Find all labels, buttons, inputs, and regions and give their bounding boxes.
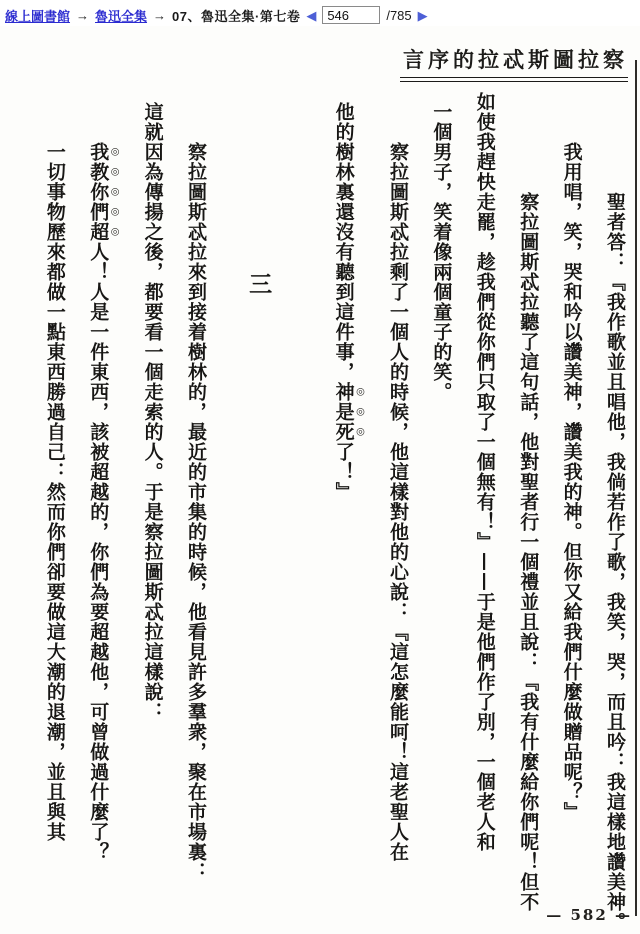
text-column: 如使我趕快走罷，趁我們從你們只取了一個無有！』——于是他們作了別，一個老人和 <box>473 92 495 934</box>
text-column: 察拉圖斯忒拉剩了一個人的時候，他這樣對他的心說：『這怎麼能呵！這老聖人在 <box>387 92 409 934</box>
page-number: — 582 — <box>546 906 632 924</box>
text-run: 他的樹林裏還沒有聽到這件事， <box>333 102 355 382</box>
text-column: 我教你們超人！人是一件東西，該被超越的，你們為要超越他，可曾做過什麼了？ <box>87 92 120 934</box>
text-run: 三 <box>245 272 272 296</box>
text-run: 我用唱，笑，哭和吟以讚美神，讚美我的神。但你又給我們什麼做贈品呢？』 <box>561 142 583 822</box>
text-column: 他的樹林裏還沒有聽到這件事，神是死了！』 <box>332 92 365 934</box>
page-frame-rule <box>635 60 637 916</box>
proper-name: 察拉圖斯忒拉 <box>387 142 409 262</box>
running-head: 言序的拉忒斯圖拉察 <box>400 44 628 78</box>
text-run: 剩了一個人的時候，他這樣對他的心說：『這怎麼能呵！這老聖人在 <box>387 262 409 862</box>
emphasized-text: 神是死 <box>333 382 355 442</box>
text-run: 這樣說： <box>142 642 164 722</box>
breadcrumb-link-collection[interactable]: 魯迅全集 <box>95 6 147 25</box>
section-heading: 三 <box>245 92 272 934</box>
breadcrumb-link-library[interactable]: 線上圖書館 <box>5 6 70 25</box>
text-run: 一個男子，笑着像兩個童子的笑。 <box>430 102 452 402</box>
emphasized-text: 我教你們超 <box>87 142 109 242</box>
text-run: 聖者答：『我作歌並且唱他，我倘若作了歌，我笑，哭，而且吟：我這樣地讚美神。 <box>604 192 626 932</box>
proper-name: 察拉圖斯忒拉 <box>517 192 539 312</box>
page-number-input[interactable] <box>322 6 380 24</box>
text-column: 察拉圖斯忒拉來到接着樹林的，最近的市集的時候，他看見許多羣衆，聚在市場裏： <box>185 92 207 934</box>
text-run: 來到接着樹林的，最近的市集的時候，他看見許多羣衆，聚在市場裏： <box>185 262 207 882</box>
text-run: 如使我趕快走罷，趁我們從你們只取了一個無有！』——于是他們作了別，一個老人和 <box>474 92 496 852</box>
text-run: 聽了這句話，他對聖者行一個禮並且說：『我有什麼給你們呢！但不 <box>517 312 539 912</box>
proper-name: 察拉圖斯忒拉 <box>185 142 207 262</box>
scanned-page: 言序的拉忒斯圖拉察 聖者答：『我作歌並且唱他，我倘若作了歌，我笑，哭，而且吟：我… <box>0 26 640 934</box>
text-run: 一切事物歷來都做一點東西勝過自己：然而你們卻要做這大潮的退潮，並且與其 <box>44 142 66 842</box>
breadcrumb-arrow-icon: → <box>76 8 89 23</box>
text-run: 這就因為傳揚之後，都要看一個走索的人。于是 <box>142 102 164 522</box>
prev-page-icon[interactable]: ◀ <box>306 9 316 22</box>
text-column: 察拉圖斯忒拉聽了這句話，他對聖者行一個禮並且說：『我有什麼給你們呢！但不 <box>517 92 539 934</box>
text-column: 這就因為傳揚之後，都要看一個走索的人。于是察拉圖斯忒拉這樣說： <box>141 92 163 934</box>
text-column: 一個男子，笑着像兩個童子的笑。 <box>430 92 452 934</box>
breadcrumb-volume-label: 07、魯迅全集·第七卷 <box>172 6 300 25</box>
breadcrumb: 線上圖書館 → 魯迅全集 → 07、魯迅全集·第七卷 ◀ /785 ▶ <box>0 0 640 26</box>
proper-name: 察拉圖斯忒拉 <box>142 522 164 642</box>
text-run: 了！』 <box>333 442 355 502</box>
text-column: 一切事物歷來都做一點東西勝過自己：然而你們卻要做這大潮的退潮，並且與其 <box>43 92 65 934</box>
breadcrumb-arrow-icon: → <box>153 8 166 23</box>
next-page-icon[interactable]: ▶ <box>418 9 428 22</box>
text-columns: 聖者答：『我作歌並且唱他，我倘若作了歌，我笑，哭，而且吟：我這樣地讚美神。我用唱… <box>22 92 626 934</box>
text-column: 我用唱，笑，哭和吟以讚美神，讚美我的神。但你又給我們什麼做贈品呢？』 <box>560 92 582 934</box>
page-total-label: /785 <box>386 8 411 23</box>
text-run: 人！人是一件東西，該被超越的，你們為要超越他，可曾做過什麼了？ <box>87 242 109 862</box>
text-column: 聖者答：『我作歌並且唱他，我倘若作了歌，我笑，哭，而且吟：我這樣地讚美神。 <box>604 92 626 934</box>
